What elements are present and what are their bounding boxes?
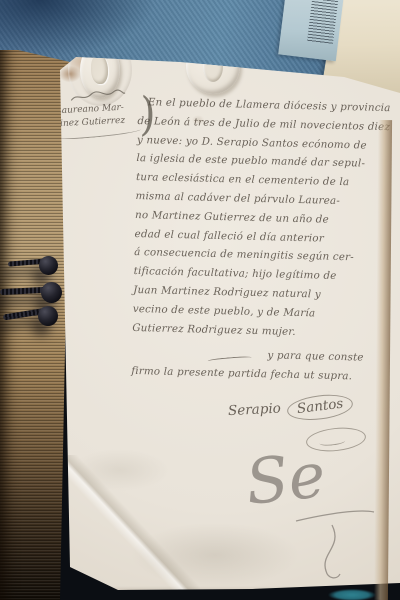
binding-pins <box>0 0 400 600</box>
photo-parish-register: Laureano Mar- tinez Gutierrez ) En el pu… <box>0 0 400 600</box>
pin-head <box>38 306 58 326</box>
binding-pin-icon <box>0 0 400 600</box>
